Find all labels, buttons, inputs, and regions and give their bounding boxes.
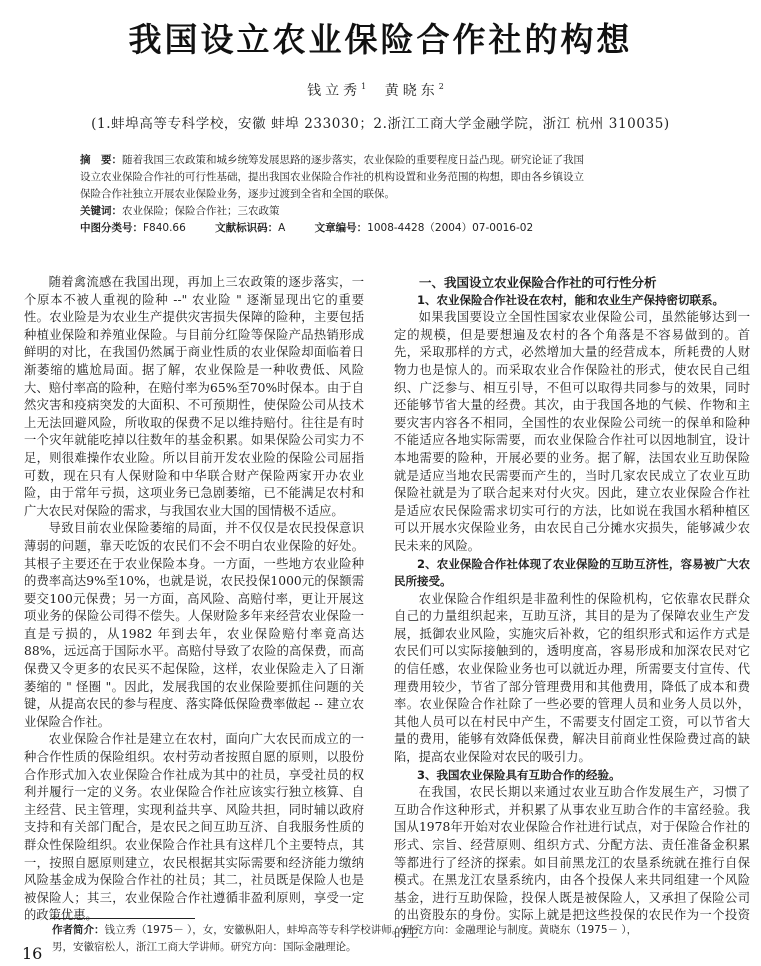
abstract-line: 保险合作社独立开展农业保险业务，逐步过渡到全省和全国的联保。 <box>80 186 690 203</box>
footnote-text: 钱立秀（1975－ ），女，安徽枞阳人，蚌埠高等专科学校讲师。研究方向：金融理论… <box>105 924 638 936</box>
abstract-block: 摘 要：随着我国三农政策和城乡统筹发展思路的逐步落实，农业保险的重要程度日益凸现… <box>80 152 690 237</box>
article-no-field: 文章编号：1008-4428（2004）07-0016-02 <box>315 222 533 234</box>
clc-value: F840.66 <box>143 222 186 234</box>
doc-code-field: 文献标识码：A <box>215 222 285 234</box>
body-paragraph: 在我国，农民长期以来通过农业互助合作发展生产，习惯了互助合作这种形式，并积累了从… <box>394 784 750 942</box>
author-name: 钱立秀 <box>307 83 361 99</box>
author-affiliation-mark: 2 <box>439 82 444 91</box>
section-heading: 一、我国设立农业保险合作社的可行性分析 <box>394 274 750 292</box>
abstract-label: 摘 要： <box>80 154 122 166</box>
body-paragraph: 随着禽流感在我国出现，再加上三农政策的逐步落实，一个原本不被人重视的险种 --"… <box>24 274 364 520</box>
page-number: 16 <box>22 944 42 963</box>
abstract-line: 摘 要：随着我国三农政策和城乡统筹发展思路的逐步落实，农业保险的重要程度日益凸现… <box>80 152 690 169</box>
author-name: 黄晓东 <box>385 83 439 99</box>
left-column: 随着禽流感在我国出现，再加上三农政策的逐步落实，一个原本不被人重视的险种 --"… <box>24 274 364 925</box>
body-paragraph: 农业保险合作组织是非盈利性的保险机构，它依靠农民群众自己的力量组织起来，互助互济… <box>394 591 750 767</box>
paper-title: 我国设立农业保险合作社的构想 <box>0 14 761 61</box>
subsection-heading: 2、农业保险合作社体现了农业保险的互助互济性，容易被广大农民所接受。 <box>394 556 750 591</box>
keywords-text: 农业保险；保险合作社；三农政策 <box>122 205 280 217</box>
abstract-line: 设立农业保险合作社的可行性基础，提出我国农业保险合作社的机构设置和业务范围的构想… <box>80 169 690 186</box>
doc-code-value: A <box>278 222 285 234</box>
body-paragraph: 导致目前农业保险萎缩的局面，并不仅仅是农民投保意识薄弱的问题，靠天吃饭的农民们不… <box>24 520 364 731</box>
author-affiliation-mark: 1 <box>361 82 366 91</box>
subsection-heading: 1、农业保险合作社设在农村，能和农业生产保持密切联系。 <box>394 292 750 310</box>
clc-label: 中图分类号： <box>80 222 143 234</box>
keywords-line: 关键词：农业保险；保险合作社；三农政策 <box>80 203 690 220</box>
footnote-line: 男，安徽宿松人，浙江工商大学讲师。研究方向：国际金融理论。 <box>52 939 752 956</box>
classification-line: 中图分类号：F840.66 文献标识码：A 文章编号：1008-4428（200… <box>80 220 690 237</box>
article-no-value: 1008-4428（2004）07-0016-02 <box>367 222 533 234</box>
clc-field: 中图分类号：F840.66 <box>80 222 186 234</box>
subsection-heading: 3、我国农业保险具有互助合作的经验。 <box>394 767 750 785</box>
footnote-line: 作者简介：钱立秀（1975－ ），女，安徽枞阳人，蚌埠高等专科学校讲师。研究方向… <box>52 922 752 939</box>
footnote-label: 作者简介： <box>52 924 105 936</box>
keywords-label: 关键词： <box>80 205 122 217</box>
right-column: 一、我国设立农业保险合作社的可行性分析 1、农业保险合作社设在农村，能和农业生产… <box>394 274 750 943</box>
doc-code-label: 文献标识码： <box>215 222 278 234</box>
article-no-label: 文章编号： <box>315 222 368 234</box>
affiliations: (1.蚌埠高等专科学校，安徽 蚌埠 233030；2.浙江工商大学金融学院，浙江… <box>0 112 761 132</box>
body-paragraph: 农业保险合作社是建立在农村，面向广大农民而成立的一种合作性质的保险组织。农村劳动… <box>24 731 364 925</box>
author-line: 钱立秀1 黄晓东2 <box>0 80 761 100</box>
body-paragraph: 如果我国要设立全国性国家农业保险公司，虽然能够达到一定的规模，但是要想遍及农村的… <box>394 309 750 555</box>
abstract-text: 随着我国三农政策和城乡统筹发展思路的逐步落实，农业保险的重要程度日益凸现。研究论… <box>122 154 584 166</box>
author-footnote: 作者简介：钱立秀（1975－ ），女，安徽枞阳人，蚌埠高等专科学校讲师。研究方向… <box>52 922 752 956</box>
footnote-divider <box>50 918 195 919</box>
